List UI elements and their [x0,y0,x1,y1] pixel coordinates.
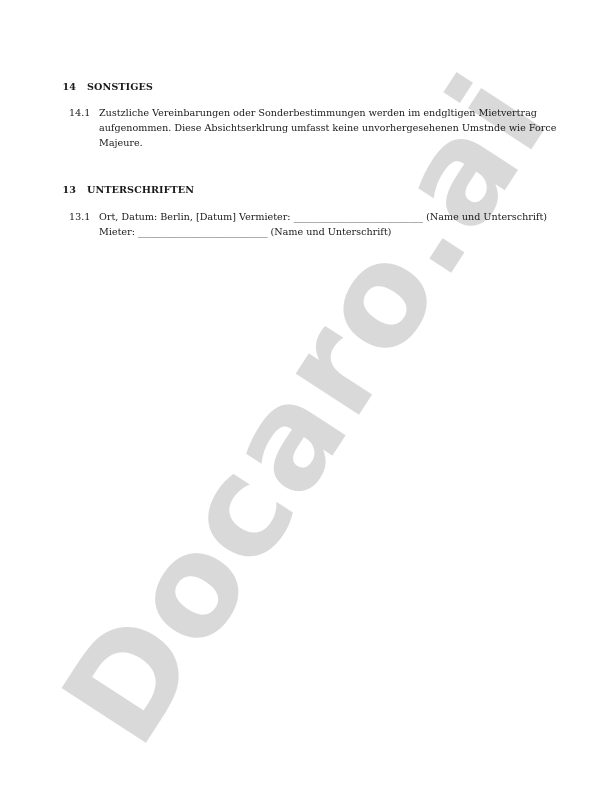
section-title: UNTERSCHRIFTEN [87,185,194,196]
watermark: Docaro.ai [42,55,571,766]
clause-number: 14.1 [69,106,90,121]
section-number: 14 [48,82,76,93]
clause-line: Zustzliche Vereinbarungen oder Sonderbes… [99,106,544,121]
clause-line: Majeure. [99,136,544,151]
clause-text: Zustzliche Vereinbarungen oder Sonderbes… [99,106,544,151]
document-page: Docaro.ai 14 SONSTIGES 14.1 Zustzliche V… [0,0,612,792]
clause-number: 13.1 [69,210,90,225]
clause-line: aufgenommen. Diese Absichtserklrung umfa… [99,121,544,136]
signature-line-landlord: Ort, Datum: Berlin, [Datum] Vermieter: _… [99,210,544,225]
clause-text: Ort, Datum: Berlin, [Datum] Vermieter: _… [99,210,544,240]
section-number: 13 [48,185,76,196]
signature-line-tenant: Mieter: ___________________________ (Nam… [99,225,544,240]
section-title: SONSTIGES [87,82,153,93]
